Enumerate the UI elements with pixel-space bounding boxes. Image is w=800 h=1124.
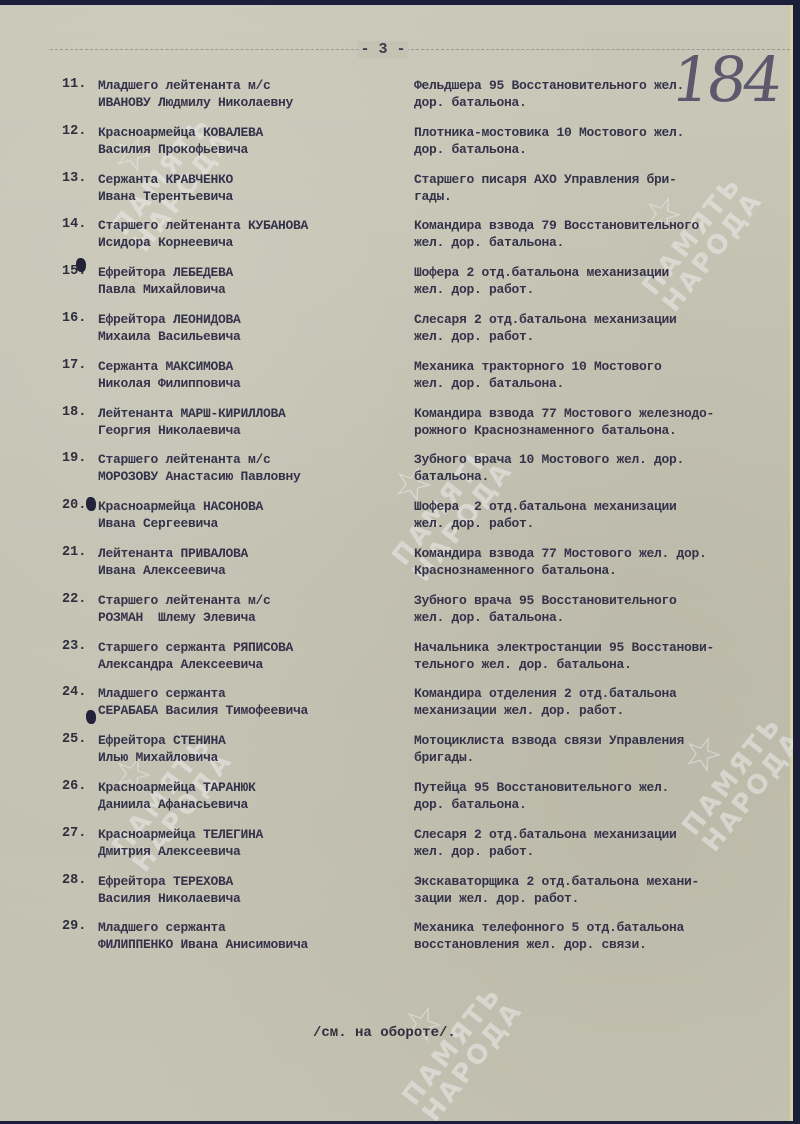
entry-position-line: дор. батальона. [414,94,684,111]
entry-position-line: Старшего писаря АХО Управления бри- [414,171,677,188]
entry-rank: Старшего сержанта РЯПИСОВА [98,639,293,656]
list-item: 11.Младшего лейтенанта м/сИВАНОВУ Людмил… [0,77,793,124]
entry-position-line: рожного Краснознаменного батальона. [414,422,714,439]
entry-position-line: дор. батальона. [414,796,669,813]
entry-position: Командира взвода 77 Мостового железнодо-… [414,405,714,439]
entry-position: Фельдшера 95 Восстановительного жел.дор.… [414,77,684,111]
entry-position: Плотника-мостовика 10 Мостового жел.дор.… [414,124,684,158]
entry-name: Илью Михайловича [98,749,226,766]
entry-position-line: жел. дор. работ. [414,515,677,532]
entry-rank: Сержанта МАКСИМОВА [98,358,241,375]
document-page: ☆ПАМЯТЬ НАРОДА ☆ПАМЯТЬ НАРОДА ☆ПАМЯТЬ НА… [0,5,793,1121]
entry-position-line: Краснознаменного батальона. [414,562,707,579]
footer-note: /см. на обороте/. [313,1025,456,1041]
list-item: 18.Лейтенанта МАРШ-КИРИЛЛОВАГеоргия Нико… [0,405,793,452]
entry-position: Командира взвода 79 Восстановительногоже… [414,217,699,251]
entry-person: Младшего сержантаФИЛИППЕНКО Ивана Анисим… [98,919,308,953]
list-item: 25.Ефрейтора СТЕНИНАИлью МихайловичаМото… [0,732,793,779]
entry-rank: Старшего лейтенанта КУБАНОВА [98,217,308,234]
entry-number: 23. [62,639,96,654]
entry-person: Ефрейтора ЛЕОНИДОВАМихаила Васильевича [98,311,241,345]
entry-position-line: гады. [414,188,677,205]
entry-number: 26. [62,779,96,794]
entry-position: Командира взвода 77 Мостового жел. дор.К… [414,545,707,579]
entry-name: Ивана Терентьевича [98,188,233,205]
entry-rank: Красноармейца КОВАЛЕВА [98,124,263,141]
entry-name: Дмитрия Алексеевича [98,843,263,860]
entry-name: Ивана Алексеевича [98,562,248,579]
entry-name: Александра Алексеевича [98,656,293,673]
ink-mark [76,258,86,272]
entry-name: Ивана Сергеевича [98,515,263,532]
entry-name: МОРОЗОВУ Анастасию Павловну [98,468,301,485]
entry-number: 24. [62,685,96,700]
entry-position: Зубного врача 95 Восстановительногожел. … [414,592,677,626]
entry-person: Ефрейтора ЛЕБЕДЕВАПавла Михайловича [98,264,233,298]
entry-position-line: Механика телефонного 5 отд.батальона [414,919,684,936]
entry-rank: Красноармейца ТАРАНЮК [98,779,256,796]
entry-person: Ефрейтора ТЕРЕХОВАВасилия Николаевича [98,873,241,907]
list-item: 16.Ефрейтора ЛЕОНИДОВАМихаила Васильевич… [0,311,793,358]
entry-rank: Младшего сержанта [98,685,308,702]
entry-number: 27. [62,826,96,841]
entry-person: Красноармейца ТЕЛЕГИНАДмитрия Алексеевич… [98,826,263,860]
list-item: 27.Красноармейца ТЕЛЕГИНАДмитрия Алексее… [0,826,793,873]
entry-position: Начальника электростанции 95 Восстанови-… [414,639,714,673]
entry-name: Исидора Корнеевича [98,234,308,251]
entry-person: Лейтенанта ПРИВАЛОВАИвана Алексеевича [98,545,248,579]
entry-position: Экскаваторщика 2 отд.батальона механи-за… [414,873,699,907]
entry-name: Василия Прокофьевича [98,141,263,158]
entry-number: 14. [62,217,96,232]
entry-person: Красноармейца ТАРАНЮКДаниила Афанасьевич… [98,779,256,813]
entry-position: Старшего писаря АХО Управления бри-гады. [414,171,677,205]
entry-position-line: Командира взвода 79 Восстановительного [414,217,699,234]
list-item: 15.Ефрейтора ЛЕБЕДЕВАПавла МихайловичаШо… [0,264,793,311]
entry-name: Михаила Васильевича [98,328,241,345]
entry-person: Старшего лейтенанта м/сМОРОЗОВУ Анастаси… [98,451,301,485]
entry-person: Младшего сержантаСЕРАБАБА Василия Тимофе… [98,685,308,719]
entry-name: Николая Филипповича [98,375,241,392]
entry-name: Георгия Николаевича [98,422,286,439]
entry-position-line: Шофера 2 отд.батальона механизации [414,264,669,281]
entry-position-line: Зубного врача 95 Восстановительного [414,592,677,609]
entry-number: 18. [62,405,96,420]
entry-position-line: жел. дор. работ. [414,328,677,345]
entry-rank: Красноармейца НАСОНОВА [98,498,263,515]
ink-mark [86,710,96,724]
list-item: 21.Лейтенанта ПРИВАЛОВАИвана Алексеевича… [0,545,793,592]
entry-name: Василия Николаевича [98,890,241,907]
entry-number: 16. [62,311,96,326]
list-item: 23.Старшего сержанта РЯПИСОВААлександра … [0,639,793,686]
entry-person: Старшего лейтенанта КУБАНОВАИсидора Корн… [98,217,308,251]
entry-position: Путейца 95 Восстановительного жел.дор. б… [414,779,669,813]
entry-rank: Ефрейтора ЛЕБЕДЕВА [98,264,233,281]
entry-rank: Ефрейтора ТЕРЕХОВА [98,873,241,890]
entry-rank: Ефрейтора СТЕНИНА [98,732,226,749]
entry-position-line: Механика тракторного 10 Мостового [414,358,662,375]
entry-position-line: жел. дор. работ. [414,281,669,298]
entry-position-line: батальона. [414,468,684,485]
entry-position-line: тельного жел. дор. батальона. [414,656,714,673]
entry-rank: Младшего лейтенанта м/с [98,77,293,94]
award-list: 11.Младшего лейтенанта м/сИВАНОВУ Людмил… [0,77,793,966]
list-item: 20.Красноармейца НАСОНОВАИвана Сергеевич… [0,498,793,545]
entry-position-line: жел. дор. работ. [414,843,677,860]
entry-number: 11. [62,77,96,92]
star-icon: ☆ [360,951,485,1093]
list-item: 12.Красноармейца КОВАЛЕВАВасилия Прокофь… [0,124,793,171]
list-item: 26.Красноармейца ТАРАНЮКДаниила Афанасье… [0,779,793,826]
entry-position-line: жел. дор. батальона. [414,234,699,251]
entry-name: ИВАНОВУ Людмилу Николаевну [98,94,293,111]
entry-person: Ефрейтора СТЕНИНАИлью Михайловича [98,732,226,766]
entry-position-line: Мотоциклиста взвода связи Управления [414,732,684,749]
entry-person: Лейтенанта МАРШ-КИРИЛЛОВАГеоргия Николае… [98,405,286,439]
entry-position-line: Зубного врача 10 Мостового жел. дор. [414,451,684,468]
list-item: 22.Старшего лейтенанта м/сРОЗМАН Шлему Э… [0,592,793,639]
entry-position-line: механизации жел. дор. работ. [414,702,677,719]
entry-person: Старшего лейтенанта м/сРОЗМАН Шлему Элев… [98,592,271,626]
entry-person: Сержанта МАКСИМОВАНиколая Филипповича [98,358,241,392]
entry-rank: Младшего сержанта [98,919,308,936]
entry-rank: Ефрейтора ЛЕОНИДОВА [98,311,241,328]
entry-position: Зубного врача 10 Мостового жел. дор.бата… [414,451,684,485]
entry-person: Красноармейца НАСОНОВАИвана Сергеевича [98,498,263,532]
entry-position-line: Командира отделения 2 отд.батальона [414,685,677,702]
entry-name: СЕРАБАБА Василия Тимофеевича [98,702,308,719]
entry-rank: Лейтенанта ПРИВАЛОВА [98,545,248,562]
entry-position-line: Шофера 2 отд.батальона механизации [414,498,677,515]
entry-position-line: бригады. [414,749,684,766]
list-item: 19.Старшего лейтенанта м/сМОРОЗОВУ Анаст… [0,451,793,498]
entry-position-line: Начальника электростанции 95 Восстанови- [414,639,714,656]
entry-position: Шофера 2 отд.батальона механизациижел. д… [414,264,669,298]
entry-rank: Старшего лейтенанта м/с [98,451,301,468]
entry-number: 13. [62,171,96,186]
entry-number: 29. [62,919,96,934]
entry-number: 19. [62,451,96,466]
entry-position-line: дор. батальона. [414,141,684,158]
entry-name: ФИЛИППЕНКО Ивана Анисимовича [98,936,308,953]
entry-rank: Сержанта КРАВЧЕНКО [98,171,233,188]
entry-position: Слесаря 2 отд.батальона механизациижел. … [414,826,677,860]
entry-number: 28. [62,873,96,888]
entry-person: Красноармейца КОВАЛЕВАВасилия Прокофьеви… [98,124,263,158]
entry-person: Сержанта КРАВЧЕНКОИвана Терентьевича [98,171,233,205]
entry-position: Слесаря 2 отд.батальона механизациижел. … [414,311,677,345]
entry-position-line: Командира взвода 77 Мостового жел. дор. [414,545,707,562]
entry-rank: Лейтенанта МАРШ-КИРИЛЛОВА [98,405,286,422]
entry-position: Шофера 2 отд.батальона механизациижел. д… [414,498,677,532]
entry-number: 12. [62,124,96,139]
entry-position-line: Плотника-мостовика 10 Мостового жел. [414,124,684,141]
page-number: - 3 - [358,41,408,58]
entry-position-line: Командира взвода 77 Мостового железнодо- [414,405,714,422]
entry-position: Механика тракторного 10 Мостовогожел. до… [414,358,662,392]
entry-position-line: Экскаваторщика 2 отд.батальона механи- [414,873,699,890]
list-item: 28.Ефрейтора ТЕРЕХОВАВасилия Николаевича… [0,873,793,920]
ink-mark [86,497,96,511]
list-item: 17.Сержанта МАКСИМОВАНиколая Филипповича… [0,358,793,405]
entry-name: Павла Михайловича [98,281,233,298]
list-item: 24.Младшего сержантаСЕРАБАБА Василия Тим… [0,685,793,732]
entry-number: 22. [62,592,96,607]
list-item: 29.Младшего сержантаФИЛИППЕНКО Ивана Ани… [0,919,793,966]
entry-number: 21. [62,545,96,560]
entry-number: 17. [62,358,96,373]
entry-position: Механика телефонного 5 отд.батальонавосс… [414,919,684,953]
entry-rank: Красноармейца ТЕЛЕГИНА [98,826,263,843]
entry-position-line: восстановления жел. дор. связи. [414,936,684,953]
entry-position-line: жел. дор. батальона. [414,609,677,626]
entry-rank: Старшего лейтенанта м/с [98,592,271,609]
list-item: 14.Старшего лейтенанта КУБАНОВАИсидора К… [0,217,793,264]
entry-person: Младшего лейтенанта м/сИВАНОВУ Людмилу Н… [98,77,293,111]
entry-position-line: Слесаря 2 отд.батальона механизации [414,826,677,843]
entry-number: 25. [62,732,96,747]
entry-position-line: жел. дор. батальона. [414,375,662,392]
entry-position: Мотоциклиста взвода связи Управлениябриг… [414,732,684,766]
entry-position: Командира отделения 2 отд.батальонамехан… [414,685,677,719]
entry-position-line: Слесаря 2 отд.батальона механизации [414,311,677,328]
entry-person: Старшего сержанта РЯПИСОВААлександра Але… [98,639,293,673]
entry-name: Даниила Афанасьевича [98,796,256,813]
list-item: 13.Сержанта КРАВЧЕНКОИвана ТерентьевичаС… [0,171,793,218]
entry-position-line: Фельдшера 95 Восстановительного жел. [414,77,684,94]
entry-position-line: Путейца 95 Восстановительного жел. [414,779,669,796]
entry-name: РОЗМАН Шлему Элевича [98,609,271,626]
entry-position-line: зации жел. дор. работ. [414,890,699,907]
